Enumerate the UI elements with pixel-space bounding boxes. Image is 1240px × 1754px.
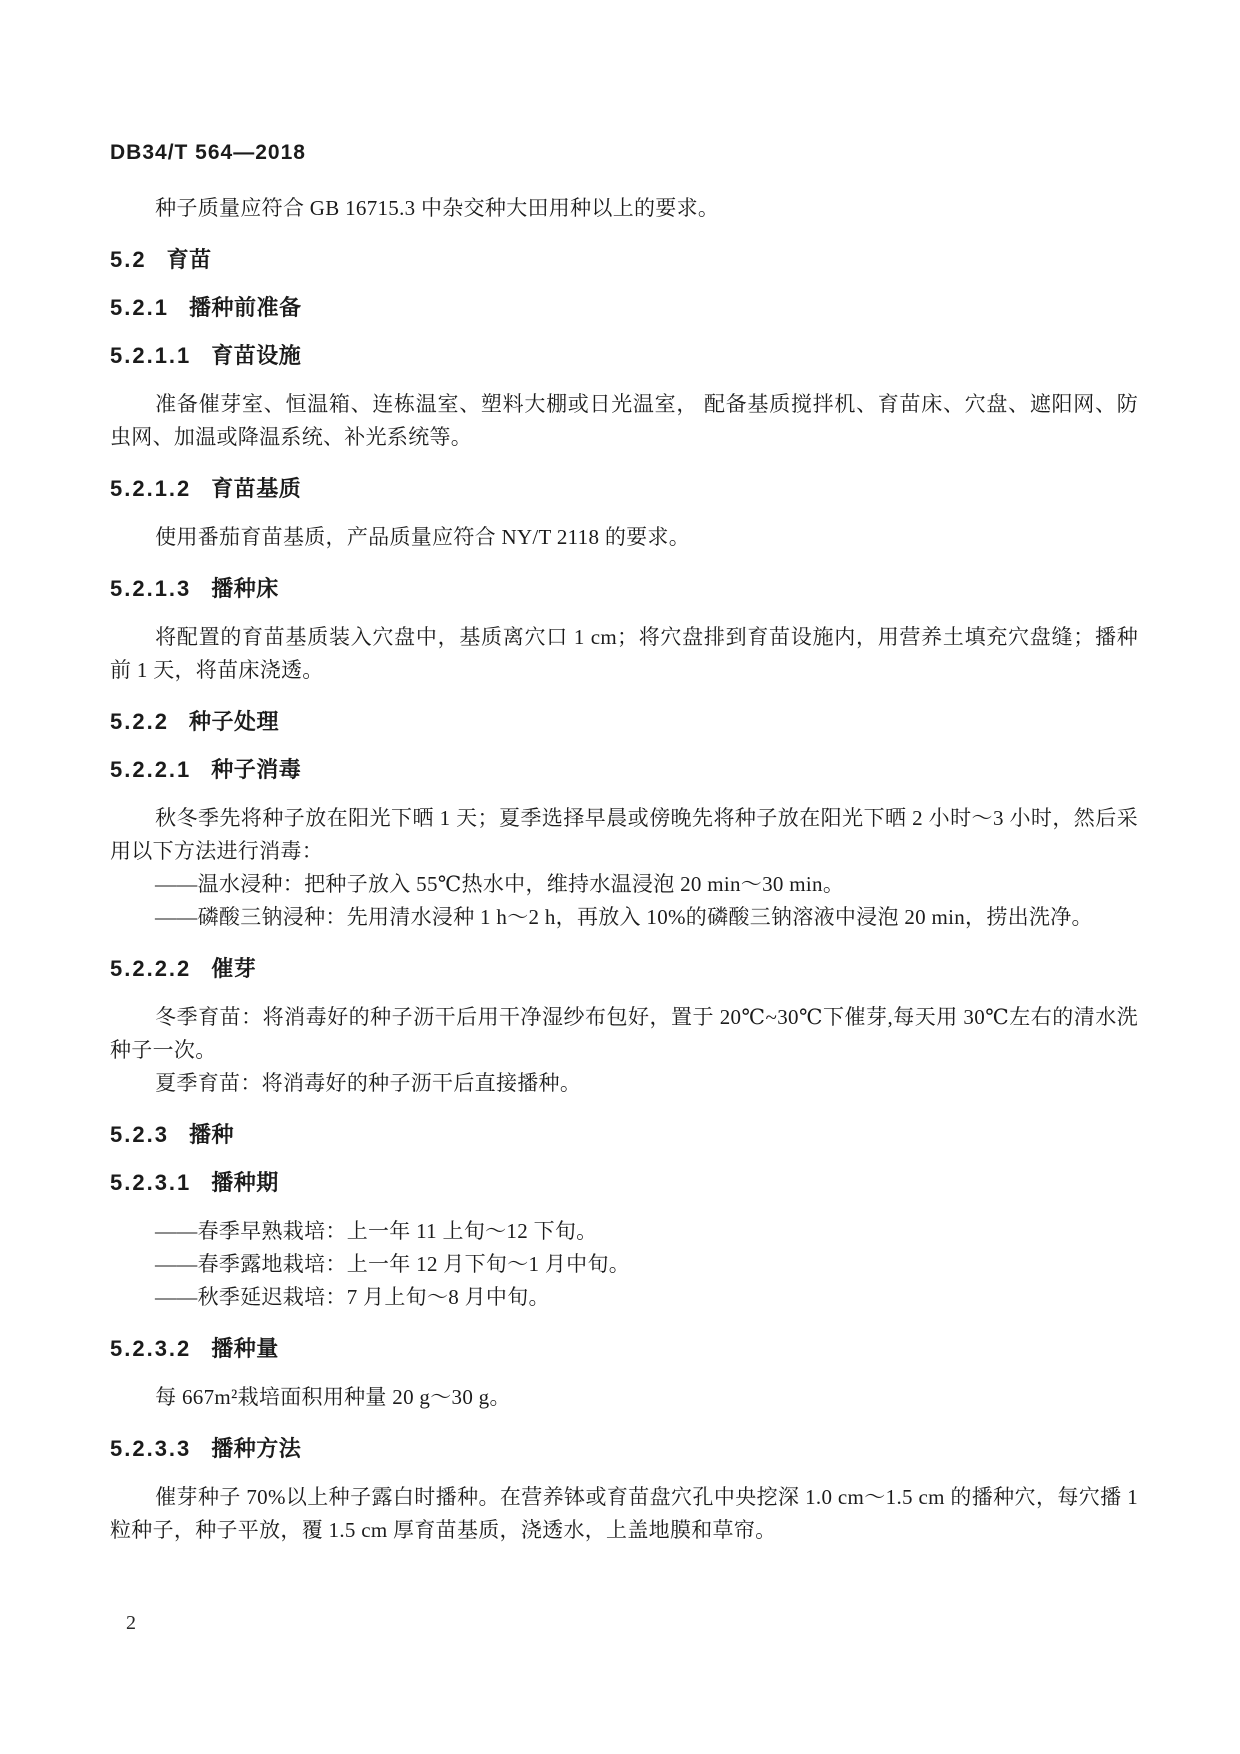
dash-list-item-autumn-delayed: ——秋季延迟栽培：7 月上旬～8 月中旬。 xyxy=(110,1281,1138,1314)
heading-title: 播种 xyxy=(189,1122,234,1147)
heading-number: 5.2 xyxy=(110,247,147,273)
doc-code: DB34/T 564—2018 xyxy=(110,140,1138,166)
heading-number: 5.2.3.2 xyxy=(110,1336,191,1362)
paragraph-sowing-method: 催芽种子 70%以上种子露白时播种。在营养钵或育苗盘穴孔中央挖深 1.0 cm～… xyxy=(110,1481,1138,1547)
paragraph-sowing-amount: 每 667m²栽培面积用种量 20 g～30 g。 xyxy=(110,1381,1138,1414)
dash-list-item-spring-early: ——春季早熟栽培：上一年 11 上旬～12 下旬。 xyxy=(110,1215,1138,1248)
section-heading-5-2-2: 5.2.2种子处理 xyxy=(110,709,1138,735)
heading-number: 5.2.1.1 xyxy=(110,343,191,369)
heading-title: 种子处理 xyxy=(189,709,279,734)
heading-title: 育苗设施 xyxy=(211,343,301,368)
dash-list-item-warm-water: ——温水浸种：把种子放入 55℃热水中，维持水温浸泡 20 min～30 min… xyxy=(110,868,1138,901)
section-heading-5-2-3-1: 5.2.3.1播种期 xyxy=(110,1170,1138,1196)
section-heading-5-2-3-2: 5.2.3.2播种量 xyxy=(110,1336,1138,1362)
section-heading-5-2-1: 5.2.1播种前准备 xyxy=(110,295,1138,321)
heading-title: 播种床 xyxy=(211,576,279,601)
paragraph-germination-summer: 夏季育苗：将消毒好的种子沥干后直接播种。 xyxy=(110,1067,1138,1100)
heading-number: 5.2.2.1 xyxy=(110,757,191,783)
section-heading-5-2-3-3: 5.2.3.3播种方法 xyxy=(110,1436,1138,1462)
paragraph-seedling-facilities: 准备催芽室、恒温箱、连栋温室、塑料大棚或日光温室， 配备基质搅拌机、育苗床、穴盘… xyxy=(110,388,1138,454)
heading-title: 育苗基质 xyxy=(211,476,301,501)
document-content: DB34/T 564—2018 种子质量应符合 GB 16715.3 中杂交种大… xyxy=(110,140,1138,1547)
heading-title: 催芽 xyxy=(211,956,256,981)
dash-list-item-spring-open-field: ——春季露地栽培：上一年 12 月下旬～1 月中旬。 xyxy=(110,1248,1138,1281)
heading-number: 5.2.3 xyxy=(110,1122,169,1148)
paragraph-seed-disinfection: 秋冬季先将种子放在阳光下晒 1 天；夏季选择早晨或傍晚先将种子放在阳光下晒 2 … xyxy=(110,802,1138,868)
heading-number: 5.2.1.3 xyxy=(110,576,191,602)
section-heading-5-2: 5.2育苗 xyxy=(110,247,1138,273)
paragraph-germination-winter: 冬季育苗：将消毒好的种子沥干后用干净湿纱布包好，置于 20℃~30℃下催芽,每天… xyxy=(110,1001,1138,1067)
heading-number: 5.2.2 xyxy=(110,709,169,735)
dash-list-item-trisodium-phosphate: ——磷酸三钠浸种：先用清水浸种 1 h～2 h，再放入 10%的磷酸三钠溶液中浸… xyxy=(110,901,1138,934)
heading-title: 播种前准备 xyxy=(189,295,302,320)
section-heading-5-2-2-1: 5.2.2.1种子消毒 xyxy=(110,757,1138,783)
heading-title: 播种量 xyxy=(211,1336,279,1361)
heading-title: 育苗 xyxy=(167,247,212,272)
heading-number: 5.2.2.2 xyxy=(110,956,191,982)
heading-number: 5.2.3.3 xyxy=(110,1436,191,1462)
section-heading-5-2-3: 5.2.3播种 xyxy=(110,1122,1138,1148)
heading-title: 种子消毒 xyxy=(211,757,301,782)
section-heading-5-2-1-1: 5.2.1.1育苗设施 xyxy=(110,343,1138,369)
section-heading-5-2-1-3: 5.2.1.3播种床 xyxy=(110,576,1138,602)
paragraph-seed-bed: 将配置的育苗基质装入穴盘中，基质离穴口 1 cm；将穴盘排到育苗设施内，用营养土… xyxy=(110,621,1138,687)
page-number: 2 xyxy=(126,1612,136,1635)
document-page: DB34/T 564—2018 种子质量应符合 GB 16715.3 中杂交种大… xyxy=(0,0,1240,1754)
heading-title: 播种方法 xyxy=(211,1436,301,1461)
heading-number: 5.2.1.2 xyxy=(110,476,191,502)
section-heading-5-2-2-2: 5.2.2.2催芽 xyxy=(110,956,1138,982)
paragraph-seedling-substrate: 使用番茄育苗基质，产品质量应符合 NY/T 2118 的要求。 xyxy=(110,521,1138,554)
heading-number: 5.2.1 xyxy=(110,295,169,321)
section-heading-5-2-1-2: 5.2.1.2育苗基质 xyxy=(110,476,1138,502)
heading-number: 5.2.3.1 xyxy=(110,1170,191,1196)
heading-title: 播种期 xyxy=(211,1170,279,1195)
intro-paragraph: 种子质量应符合 GB 16715.3 中杂交种大田用种以上的要求。 xyxy=(110,192,1138,225)
